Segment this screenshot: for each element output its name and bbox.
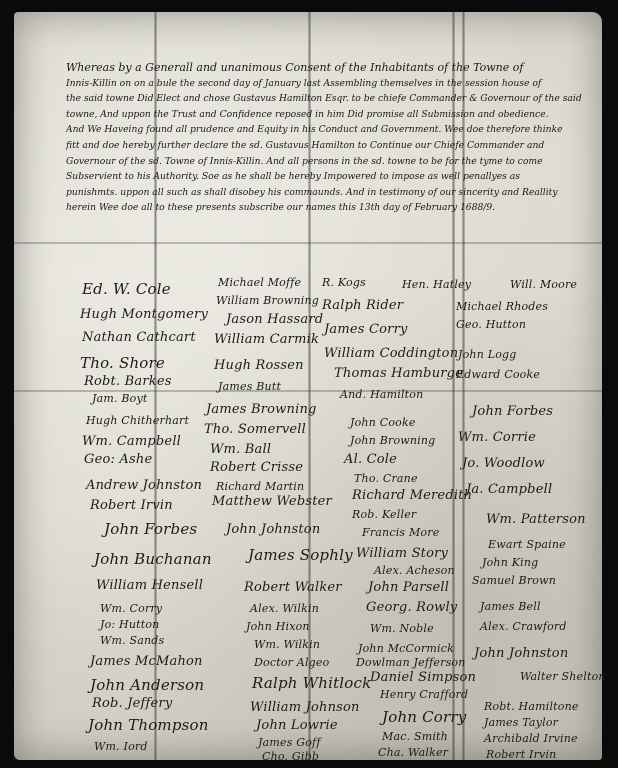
signature: Will. Moore <box>510 278 577 291</box>
signature: John Anderson <box>90 676 204 694</box>
signature: Daniel Simpson <box>370 670 476 685</box>
document-photo-frame: Whereas by a Generall and unanimous Cons… <box>0 0 618 768</box>
signature: Wm. Iord <box>94 740 148 753</box>
signature: Alex. Acheson <box>374 564 455 577</box>
signature: John Logg <box>458 348 517 361</box>
signature: Michael Moffe <box>218 276 301 289</box>
signature: Wm. Sands <box>100 634 164 647</box>
signature: John Thompson <box>88 716 209 734</box>
signature: John Cooke <box>350 416 416 429</box>
signature: Ralph Whitlock <box>252 674 371 692</box>
signature: Tho. Somervell <box>204 422 306 437</box>
signature: Henry Crafford <box>380 688 468 701</box>
signature: John McCormick <box>358 642 454 655</box>
signature: Richard Meredith <box>352 488 472 503</box>
signature: Ralph Rider <box>322 298 403 313</box>
signature: Hugh Rossen <box>214 358 304 373</box>
paper-fold <box>14 242 602 244</box>
signature: John Buchanan <box>94 550 212 568</box>
signature: Georg. Rowly <box>366 600 457 615</box>
signature: Wm. Corrie <box>458 430 536 445</box>
signature: Jo: Hutton <box>100 618 159 631</box>
declaration-line: herein Wee doe all to these presents sub… <box>66 200 606 216</box>
signature: Edward Cooke <box>456 368 540 381</box>
signature: R. Kogs <box>322 276 366 289</box>
signature: James McMahon <box>90 654 203 669</box>
signature: James Corry <box>324 322 408 337</box>
signature: Hen. Hatley <box>402 278 471 291</box>
signature: William Johnson <box>250 700 360 715</box>
signature: Hugh Chitherhart <box>86 414 189 427</box>
signature: Tho. Shore <box>80 354 165 372</box>
signature: James Goff <box>258 736 321 749</box>
signature: Michael Rhodes <box>456 300 548 313</box>
signature: Dowlman Jefferson <box>356 656 466 669</box>
signature: Hugh Montgomery <box>80 307 208 322</box>
signature: James Sophly <box>248 546 353 564</box>
signature: William Hensell <box>96 578 203 593</box>
signature: John Johnston <box>474 646 568 661</box>
signature: John Lowrie <box>256 718 338 733</box>
declaration-text: Whereas by a Generall and unanimous Cons… <box>66 60 606 216</box>
signature: John Parsell <box>368 580 449 595</box>
declaration-line: And We Haveing found all prudence and Eq… <box>66 122 606 138</box>
signature: Robt. Barkes <box>84 374 172 389</box>
signature: Wm. Wilkin <box>254 638 320 651</box>
signature: Doctor Algeo <box>254 656 329 669</box>
signature: Robert Walker <box>244 580 342 595</box>
signature: Archibald Irvine <box>484 732 578 745</box>
declaration-line: towne, And uppon the Trust and Confidenc… <box>66 107 606 123</box>
signature: Alex. Crawford <box>480 620 567 633</box>
signature: John Forbes <box>104 520 197 538</box>
signature: John King <box>482 556 538 569</box>
signature: Matthew Webster <box>212 494 332 509</box>
signature: John Browning <box>350 434 435 447</box>
signature: William Story <box>356 546 448 561</box>
signature: Geo. Hutton <box>456 318 526 331</box>
signature: Al. Cole <box>344 452 397 467</box>
signature: John Forbes <box>472 404 553 419</box>
declaration-line: Subservient to his Authority. Soe as he … <box>66 169 606 185</box>
signature: James Browning <box>206 402 317 417</box>
signature: Robert Irvin <box>486 748 556 761</box>
signature: James Butt <box>218 380 281 393</box>
signature: John Johnston <box>226 522 320 537</box>
signature: Cha. Walker <box>378 746 448 759</box>
signature: Jason Hassard <box>226 312 323 327</box>
signature: Samuel Brown <box>472 574 556 587</box>
declaration-line: the said towne Did Elect and chose Gusta… <box>66 91 606 107</box>
signature: Wm. Patterson <box>486 512 586 527</box>
signature: Francis More <box>362 526 439 539</box>
declaration-line: fitt and doe hereby further declare the … <box>66 138 606 154</box>
signature: Wm. Ball <box>210 442 271 457</box>
signature: Walter Shelton <box>520 670 606 683</box>
signature: Cho. Gibb <box>262 750 319 763</box>
signature: Robert Crisse <box>210 460 303 475</box>
signature: Ed. W. Cole <box>82 280 171 298</box>
signature: Andrew Johnston <box>86 478 202 493</box>
signature: James Bell <box>480 600 541 613</box>
signature: James Taylor <box>484 716 558 729</box>
signature: John Hixon <box>246 620 310 633</box>
signature: William Carmik <box>214 332 319 347</box>
signature: Wm. Noble <box>370 622 434 635</box>
declaration-line: Innis-Killin on on a bule the second day… <box>66 76 606 92</box>
signature: Geo: Ashe <box>84 452 152 467</box>
signature: Robert Irvin <box>90 498 173 513</box>
signature: Jam. Boyt <box>92 392 148 405</box>
signature: Richard Martin <box>216 480 304 493</box>
signature: And. Hamilton <box>340 388 423 401</box>
signature: Nathan Cathcart <box>82 330 196 345</box>
signature: Ja. Campbell <box>466 482 552 497</box>
signature: John Corry <box>382 708 466 726</box>
signature: Robt. Hamiltone <box>484 700 579 713</box>
signature: William Coddington <box>324 346 458 361</box>
signature: Mac. Smith <box>382 730 448 743</box>
signature: Wm. Campbell <box>82 434 181 449</box>
signature: Jo. Woodlow <box>462 456 545 471</box>
signature: Thomas Hamburge <box>334 366 463 381</box>
declaration-line: Whereas by a Generall and unanimous Cons… <box>66 60 606 76</box>
declaration-line: Governour of the sd. Towne of Innis-Kill… <box>66 154 606 170</box>
declaration-line: punishmts. uppon all such as shall disob… <box>66 185 606 201</box>
signature: Wm. Corry <box>100 602 162 615</box>
signature: Rob. Keller <box>352 508 416 521</box>
signature: Tho. Crane <box>354 472 418 485</box>
signature: Alex. Wilkin <box>250 602 319 615</box>
signature: Ewart Spaine <box>488 538 566 551</box>
signature: Rob. Jeffery <box>92 696 172 711</box>
signature: William Browning <box>216 294 319 307</box>
